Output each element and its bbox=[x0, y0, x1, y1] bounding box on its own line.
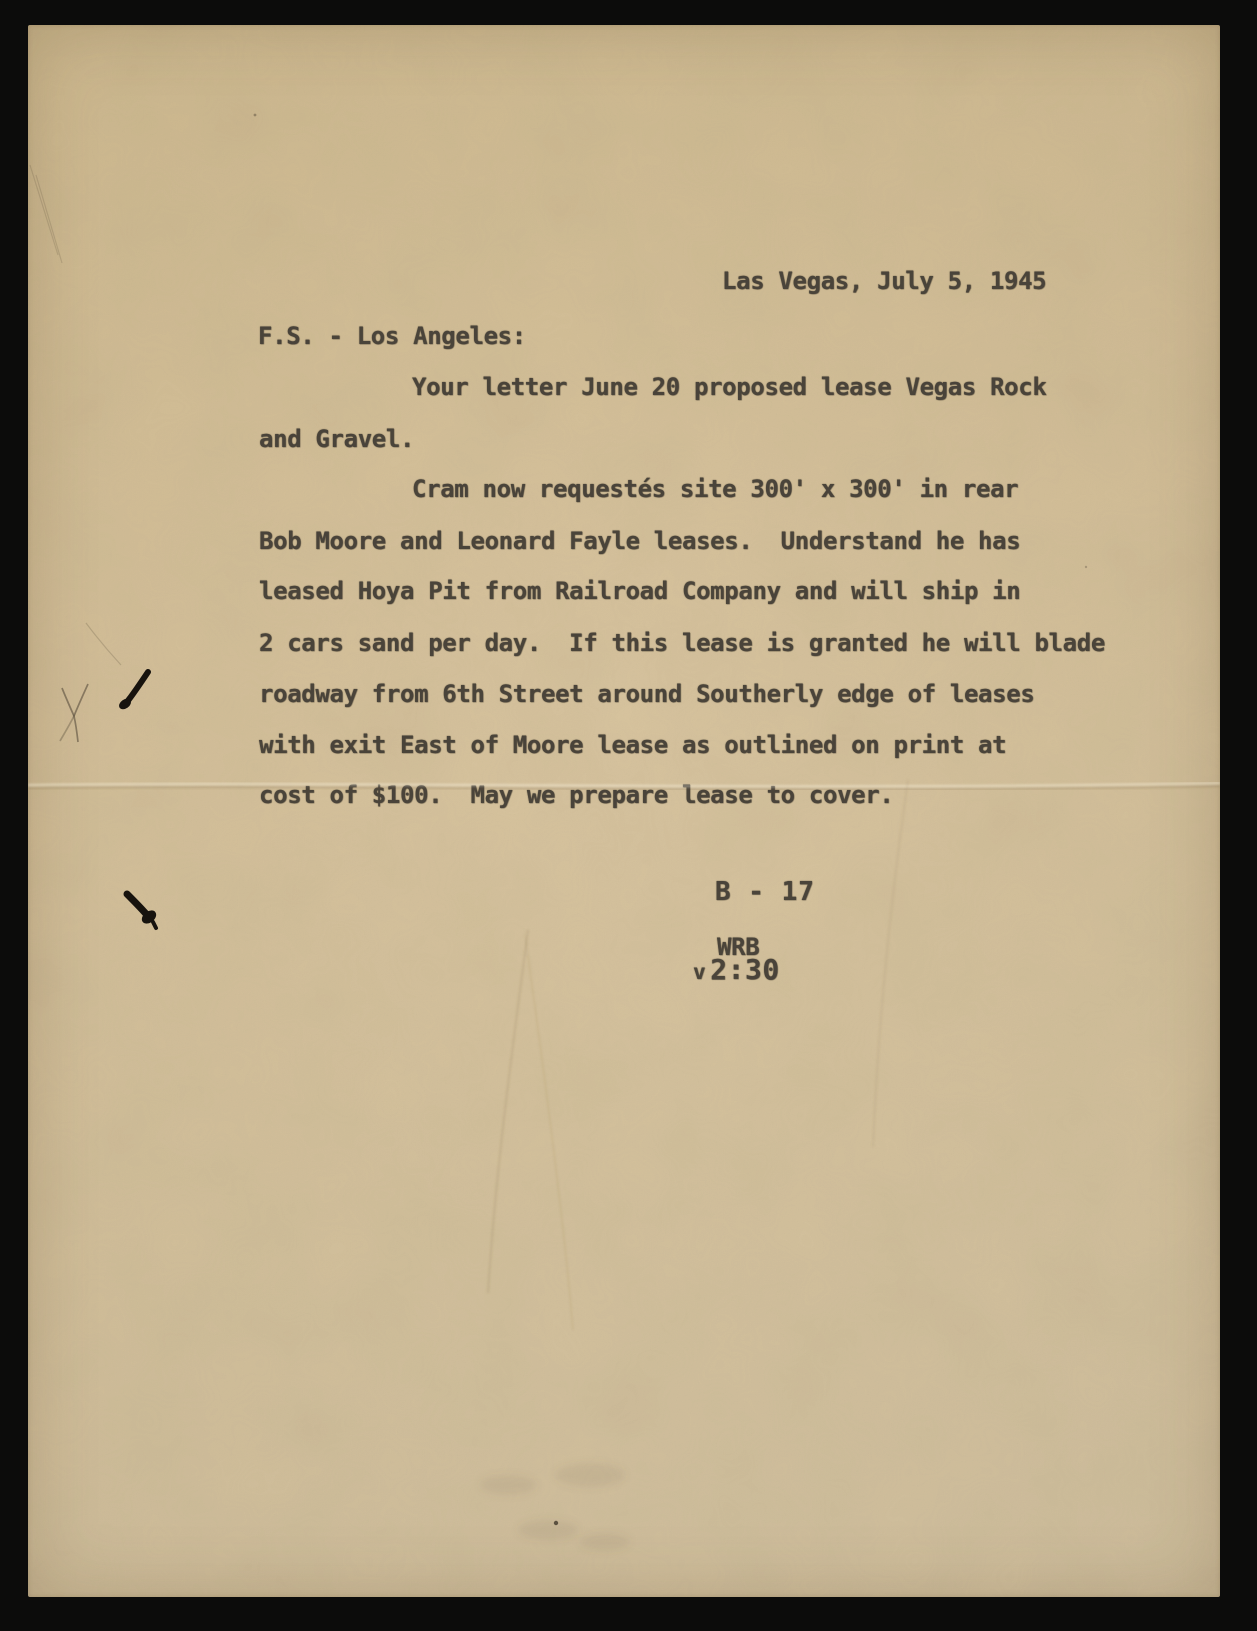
body-line: Bob Moore and Leonard Fayle leases. Unde… bbox=[259, 528, 1020, 556]
body-line: 2 cars sand per day. If this lease is gr… bbox=[259, 630, 1105, 658]
pencil-check-mark bbox=[60, 684, 88, 742]
letter-page: Las Vegas, July 5, 1945 F.S. - Los Angel… bbox=[28, 25, 1220, 1597]
ink-blot-mark-lower bbox=[127, 894, 159, 928]
body-line: Your letter June 20 proposed lease Vegas… bbox=[412, 374, 1046, 402]
salutation-line: F.S. - Los Angeles: bbox=[258, 323, 526, 351]
paper-texture-overlay bbox=[28, 25, 1220, 1597]
pencil-scuff bbox=[86, 623, 121, 665]
dateline: Las Vegas, July 5, 1945 bbox=[722, 268, 1046, 296]
body-line: roadway from 6th Street around Southerly… bbox=[259, 681, 1034, 709]
ink-blot-mark-upper bbox=[117, 672, 148, 711]
time-notation-prefix: v bbox=[693, 960, 705, 984]
edge-scuff-marks bbox=[30, 165, 62, 263]
body-line: cost of $100. May we prepare lease to co… bbox=[259, 782, 893, 810]
paper-mottling bbox=[28, 25, 1220, 1597]
ghost-smudges bbox=[480, 1463, 630, 1551]
body-line: with exit East of Moore lease as outline… bbox=[259, 732, 1006, 760]
body-line: Cram now requestés site 300' x 300' in r… bbox=[412, 476, 1018, 504]
scan-canvas: Las Vegas, July 5, 1945 F.S. - Los Angel… bbox=[0, 0, 1257, 1631]
time-notation: v 2:30 bbox=[693, 954, 780, 986]
time-notation-value: 2:30 bbox=[710, 954, 779, 986]
wrinkle-vertical bbox=[488, 780, 908, 1330]
body-line: leased Hoya Pit from Railroad Company an… bbox=[259, 578, 1020, 606]
reference-code: B - 17 bbox=[715, 878, 815, 908]
paper-grain bbox=[28, 25, 1220, 1597]
body-line: and Gravel. bbox=[259, 426, 414, 454]
